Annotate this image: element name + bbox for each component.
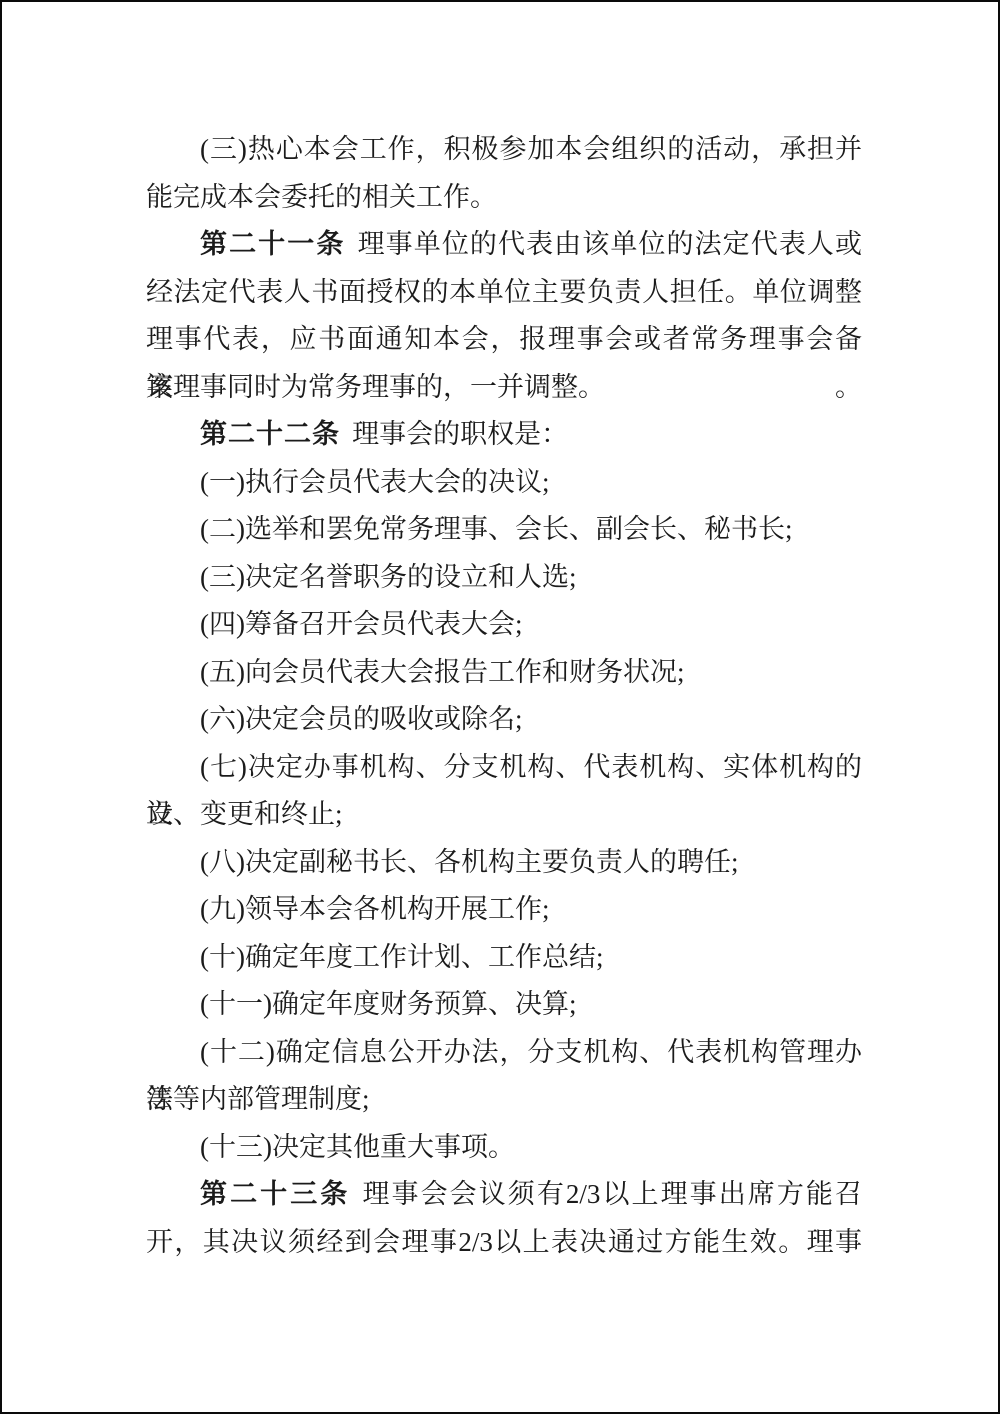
line-text: (十三)决定其他重大事项。 bbox=[200, 1132, 515, 1162]
text-line: (十三)决定其他重大事项。 bbox=[146, 1124, 862, 1172]
line-text: (三)热心本会工作，积极参加本会组织的活动，承担并 bbox=[200, 134, 862, 164]
line-text: (二)选举和罢免常务理事、会长、副会长、秘书长; bbox=[200, 514, 792, 544]
text-line: 开，其决议须经到会理事2/3以上表决通过方能生效。理事 bbox=[146, 1219, 862, 1267]
line-text: 理事会的职权是： bbox=[352, 419, 568, 449]
text-line: (七)决定办事机构、分支机构、代表机构、实体机构的设 bbox=[146, 744, 862, 792]
text-line: (九)领导本会各机构开展工作; bbox=[146, 886, 862, 934]
text-line: (二)选举和罢免常务理事、会长、副会长、秘书长; bbox=[146, 506, 862, 554]
line-text: 开，其决议须经到会理事2/3以上表决通过方能生效。理事 bbox=[146, 1227, 862, 1257]
text-line: (十一)确定年度财务预算、决算; bbox=[146, 981, 862, 1029]
line-text: 立、变更和终止; bbox=[146, 799, 343, 829]
text-line: (五)向会员代表大会报告工作和财务状况; bbox=[146, 649, 862, 697]
article-number-heading: 第二十一条 bbox=[200, 229, 345, 259]
document-page: (三)热心本会工作，积极参加本会组织的活动，承担并能完成本会委托的相关工作。第二… bbox=[0, 0, 1000, 1414]
text-line: (三)热心本会工作，积极参加本会组织的活动，承担并 bbox=[146, 126, 862, 174]
text-line: 能完成本会委托的相关工作。 bbox=[146, 174, 862, 222]
text-line: 第二十一条理事单位的代表由该单位的法定代表人或 bbox=[146, 221, 862, 269]
document-body: (三)热心本会工作，积极参加本会组织的活动，承担并能完成本会委托的相关工作。第二… bbox=[146, 126, 862, 1266]
line-text: 该理事同时为常务理事的，一并调整。 bbox=[146, 372, 605, 402]
text-line: (一)执行会员代表大会的决议; bbox=[146, 459, 862, 507]
text-line: (十二)确定信息公开办法，分支机构、代表机构管理办法 bbox=[146, 1029, 862, 1077]
text-line: 等等内部管理制度; bbox=[146, 1076, 862, 1124]
line-text: 等等内部管理制度; bbox=[146, 1084, 370, 1114]
line-text: (八)决定副秘书长、各机构主要负责人的聘任; bbox=[200, 847, 738, 877]
text-line: 立、变更和终止; bbox=[146, 791, 862, 839]
article-number-heading: 第二十三条 bbox=[200, 1179, 350, 1209]
text-line: (四)筹备召开会员代表大会; bbox=[146, 601, 862, 649]
line-text: 经法定代表人书面授权的本单位主要负责人担任。单位调整 bbox=[146, 277, 862, 307]
line-text: (六)决定会员的吸收或除名; bbox=[200, 704, 522, 734]
text-line: 第二十二条理事会的职权是： bbox=[146, 411, 862, 459]
line-text: 理事会会议须有2/3以上理事出席方能召 bbox=[362, 1179, 862, 1209]
text-line: (三)决定名誉职务的设立和人选; bbox=[146, 554, 862, 602]
line-text: (十一)确定年度财务预算、决算; bbox=[200, 989, 576, 1019]
text-line: 理事代表，应书面通知本会，报理事会或者常务理事会备案。 bbox=[146, 316, 862, 364]
line-text: (三)决定名誉职务的设立和人选; bbox=[200, 562, 576, 592]
article-number-heading: 第二十二条 bbox=[200, 419, 340, 449]
line-text: (九)领导本会各机构开展工作; bbox=[200, 894, 549, 924]
line-text: (一)执行会员代表大会的决议; bbox=[200, 467, 549, 497]
text-line: (六)决定会员的吸收或除名; bbox=[146, 696, 862, 744]
text-line: 第二十三条理事会会议须有2/3以上理事出席方能召 bbox=[146, 1171, 862, 1219]
text-line: (十)确定年度工作计划、工作总结; bbox=[146, 934, 862, 982]
line-text: (四)筹备召开会员代表大会; bbox=[200, 609, 522, 639]
text-line: 经法定代表人书面授权的本单位主要负责人担任。单位调整 bbox=[146, 269, 862, 317]
line-text: (五)向会员代表大会报告工作和财务状况; bbox=[200, 657, 684, 687]
line-text: 理事单位的代表由该单位的法定代表人或 bbox=[358, 229, 862, 259]
line-text: (十)确定年度工作计划、工作总结; bbox=[200, 942, 603, 972]
line-text: 能完成本会委托的相关工作。 bbox=[146, 182, 497, 212]
text-line: (八)决定副秘书长、各机构主要负责人的聘任; bbox=[146, 839, 862, 887]
